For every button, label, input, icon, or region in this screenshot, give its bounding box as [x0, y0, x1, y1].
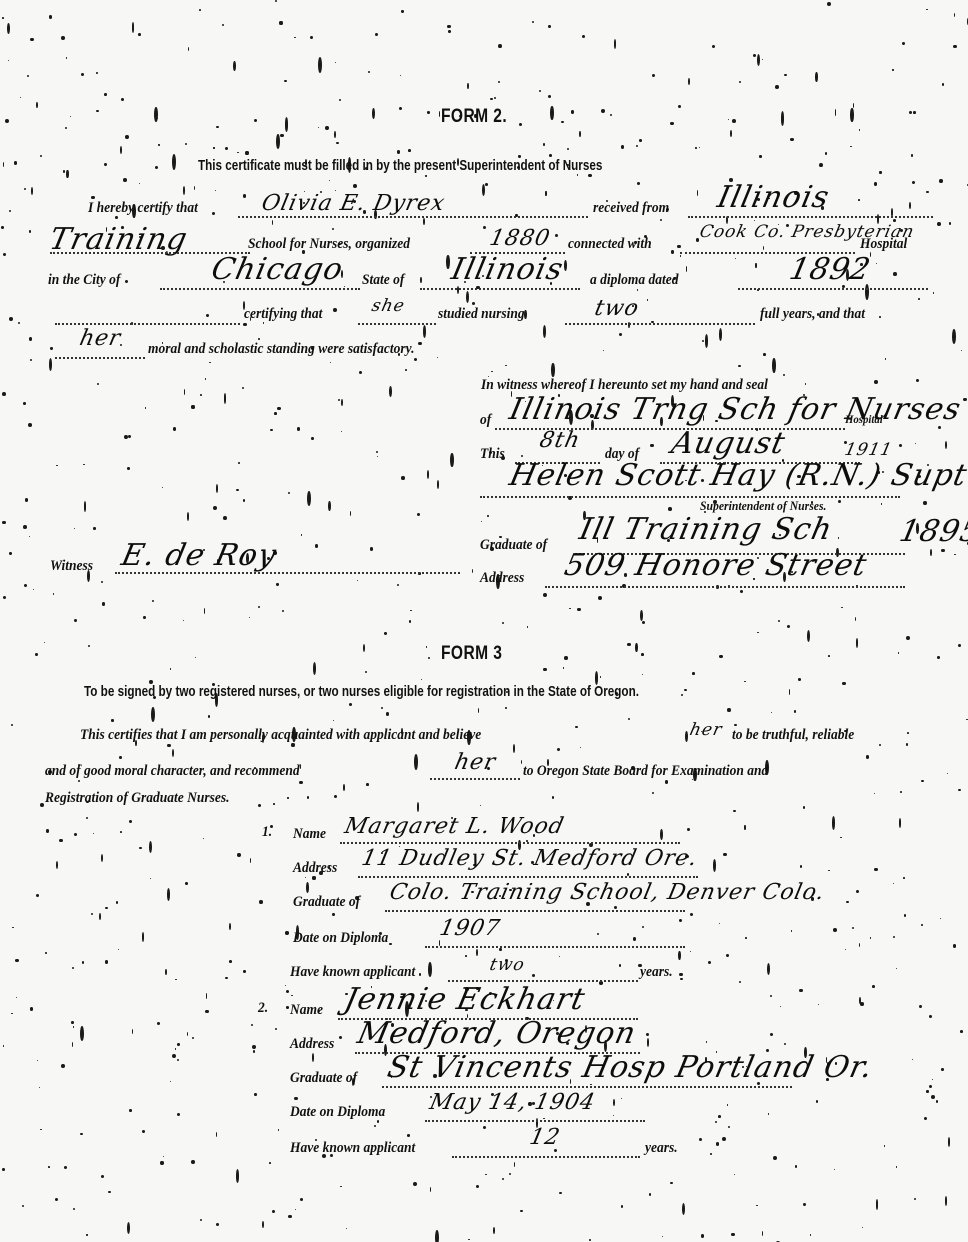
ref1-graduate-line: [385, 910, 685, 912]
witness-label: Witness: [50, 558, 93, 575]
pronoun2-line: [55, 357, 145, 359]
hospital-label: Hospital: [860, 236, 907, 253]
this-label: This: [480, 446, 505, 463]
year-value: 1911: [843, 440, 895, 460]
ref1-address: 11 Dudley St. Medford Ore.: [359, 846, 700, 871]
ref2-name-label: Name: [290, 1002, 323, 1019]
ref2-years-label: years.: [645, 1140, 678, 1157]
recommend-text-a: and of good moral character, and recomme…: [45, 763, 300, 780]
organized-year: 1880: [487, 226, 552, 251]
nurse-name-line: [238, 216, 588, 218]
received-from-label: received from: [593, 200, 669, 217]
form2-instruction: This certificate must be filled in by th…: [198, 157, 602, 174]
recommend-pronoun: her: [452, 750, 498, 775]
received-from-value: Illinois: [714, 180, 832, 215]
ref1-graduate-of: Colo. Training School, Denver Colo.: [387, 880, 827, 905]
pronoun-her: her: [77, 326, 123, 351]
ref1-diploma-date: 1907: [437, 916, 502, 941]
ref1-known: two: [488, 955, 527, 975]
nurse-name: Olivia E. Dyrex: [259, 191, 447, 216]
connected-label: connected with: [568, 236, 652, 253]
ref1-years-label: years.: [640, 964, 673, 981]
month-value: August: [668, 426, 788, 461]
ref2-known-line: [452, 1156, 640, 1158]
ref2-diploma-date: May 14, 1904: [427, 1090, 597, 1115]
years-line: [565, 323, 755, 325]
leading-line: [55, 323, 240, 325]
ref2-known: 12: [527, 1125, 562, 1150]
pronoun-she: she: [370, 296, 407, 316]
city-line: [160, 288, 360, 290]
of-label: of: [480, 412, 491, 429]
certifies-pronoun-1: her: [688, 720, 724, 740]
graduate-year: 1895: [896, 514, 968, 549]
diploma-dated-label: a diploma dated: [590, 272, 678, 289]
certifying-label: certifying that: [244, 306, 322, 323]
superintendent-signature: Helen Scott Hay (R.N.) Supt: [506, 458, 968, 493]
pronoun-line: [358, 323, 436, 325]
ref2-graduate-of: St Vincents Hosp Portland Or.: [384, 1050, 876, 1085]
received-from-line: [688, 216, 933, 218]
ref2-diploma-line: [425, 1120, 645, 1122]
certifies-text-b: to be truthful, reliable: [732, 727, 854, 744]
ref1-address-line: [358, 876, 698, 878]
of-institution: Illinois Trng Sch for Nurses: [506, 392, 964, 427]
city-value: Chicago: [208, 252, 346, 287]
form2-title: FORM 2.: [441, 106, 507, 128]
standing-label: moral and scholastic standing were satis…: [148, 341, 415, 358]
state-line: [420, 288, 580, 290]
ref1-diploma-label: Date on Diploma: [293, 930, 388, 947]
ref2-diploma-label: Date on Diploma: [290, 1104, 385, 1121]
graduate-of-label: Graduate of: [480, 537, 547, 554]
ref1-known-label: Have known applicant: [290, 964, 415, 981]
witness-signature: E. de Roy: [118, 538, 280, 573]
signature-line: [480, 496, 900, 498]
ref2-address-label: Address: [290, 1036, 334, 1053]
ref1-name-label: Name: [293, 826, 326, 843]
ref1-diploma-line: [425, 946, 685, 948]
ref1-graduate-label: Graduate of: [293, 894, 360, 911]
diploma-date-line: [738, 288, 928, 290]
form3-instruction: To be signed by two registered nurses, o…: [84, 683, 639, 700]
day-value: 8th: [537, 428, 582, 453]
recommend-text-b: to Oregon State Board for Examination an…: [523, 763, 768, 780]
address-line: [545, 586, 905, 588]
ref1-address-label: Address: [293, 860, 337, 877]
studied-label: studied nursing: [438, 306, 525, 323]
hospital-label-2: Hospital: [845, 412, 883, 427]
ref2-graduate-line: [382, 1086, 792, 1088]
ref1-name-line: [340, 842, 680, 844]
school-label: School for Nurses, organized: [248, 236, 410, 253]
ref2-address: Medford, Oregon: [354, 1016, 639, 1051]
years-value: two: [592, 296, 641, 321]
form3-title: FORM 3: [441, 643, 502, 665]
ref1-number: 1.: [262, 824, 272, 841]
city-label: in the City of: [48, 272, 120, 289]
certify-label: I hereby certify that: [88, 200, 198, 217]
registration-text: Registration of Graduate Nurses.: [45, 790, 230, 807]
address-label: Address: [480, 570, 524, 587]
state-label: State of: [362, 272, 404, 289]
certifies-text-a: This certifies that I am personally acqu…: [80, 727, 481, 744]
ref1-name: Margaret L. Wood: [342, 814, 566, 839]
address-value: 509 Honore Street: [561, 548, 870, 583]
ref2-number: 2.: [258, 1000, 268, 1017]
graduate-of-value: Ill Training Sch: [576, 512, 836, 547]
ref2-known-label: Have known applicant: [290, 1140, 415, 1157]
full-years-label: full years, and that: [760, 306, 865, 323]
diploma-date: 1892: [786, 252, 874, 287]
ref2-name: Jennie Eckhart: [341, 982, 588, 1017]
ref2-graduate-label: Graduate of: [290, 1070, 357, 1087]
recommend-pronoun-line: [430, 778, 520, 780]
state-value: Illinois: [448, 252, 566, 287]
